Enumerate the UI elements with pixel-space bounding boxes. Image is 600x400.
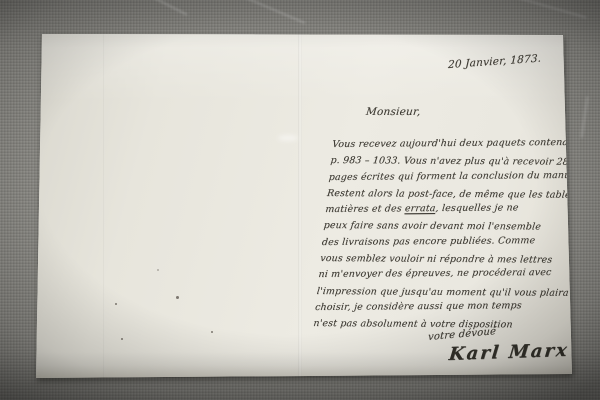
body-line-segment: , lesquelles je ne xyxy=(435,203,519,215)
paper-speck xyxy=(211,331,213,333)
letter-salutation: Monsieur, xyxy=(365,106,421,118)
sleeve-reflection-streak xyxy=(238,0,305,24)
paper-speck xyxy=(115,303,117,305)
body-line: Vous recevez aujourd'hui deux paquets co… xyxy=(331,135,569,153)
sleeve-reflection-streak xyxy=(580,96,589,138)
body-line: des livraisons pas encore publiées. Comm… xyxy=(321,233,559,251)
body-line: matières et des errata, lesquelles je ne xyxy=(325,200,563,218)
sleeve-glint xyxy=(278,135,298,141)
paper-speck xyxy=(176,296,179,299)
sleeve-reflection-streak xyxy=(140,0,187,16)
underlined-word: errata xyxy=(404,203,436,214)
body-line-segment: matières et des xyxy=(325,203,406,215)
letter-signature: Karl Marx xyxy=(448,340,570,365)
letter-paper: 20 Janvier, 1873. Monsieur, Vous recevez… xyxy=(35,33,573,379)
letter-sheet: 20 Janvier, 1873. Monsieur, Vous recevez… xyxy=(35,33,573,379)
body-line: pages écrites qui forment la conclusion … xyxy=(328,168,566,186)
fold-crease xyxy=(298,33,302,379)
paper-speck xyxy=(157,269,159,271)
body-line: choisir, je considère aussi que mon temp… xyxy=(314,298,552,316)
sleeve-reflection-streak xyxy=(505,0,586,19)
letter-body: Vous recevez aujourd'hui deux paquets co… xyxy=(312,137,569,333)
body-line: ni m'envoyer des épreuves, ne procéderai… xyxy=(318,265,556,283)
paper-crease xyxy=(103,33,105,379)
paper-speck xyxy=(121,338,123,340)
photo-backdrop: 20 Janvier, 1873. Monsieur, Vous recevez… xyxy=(0,0,600,400)
